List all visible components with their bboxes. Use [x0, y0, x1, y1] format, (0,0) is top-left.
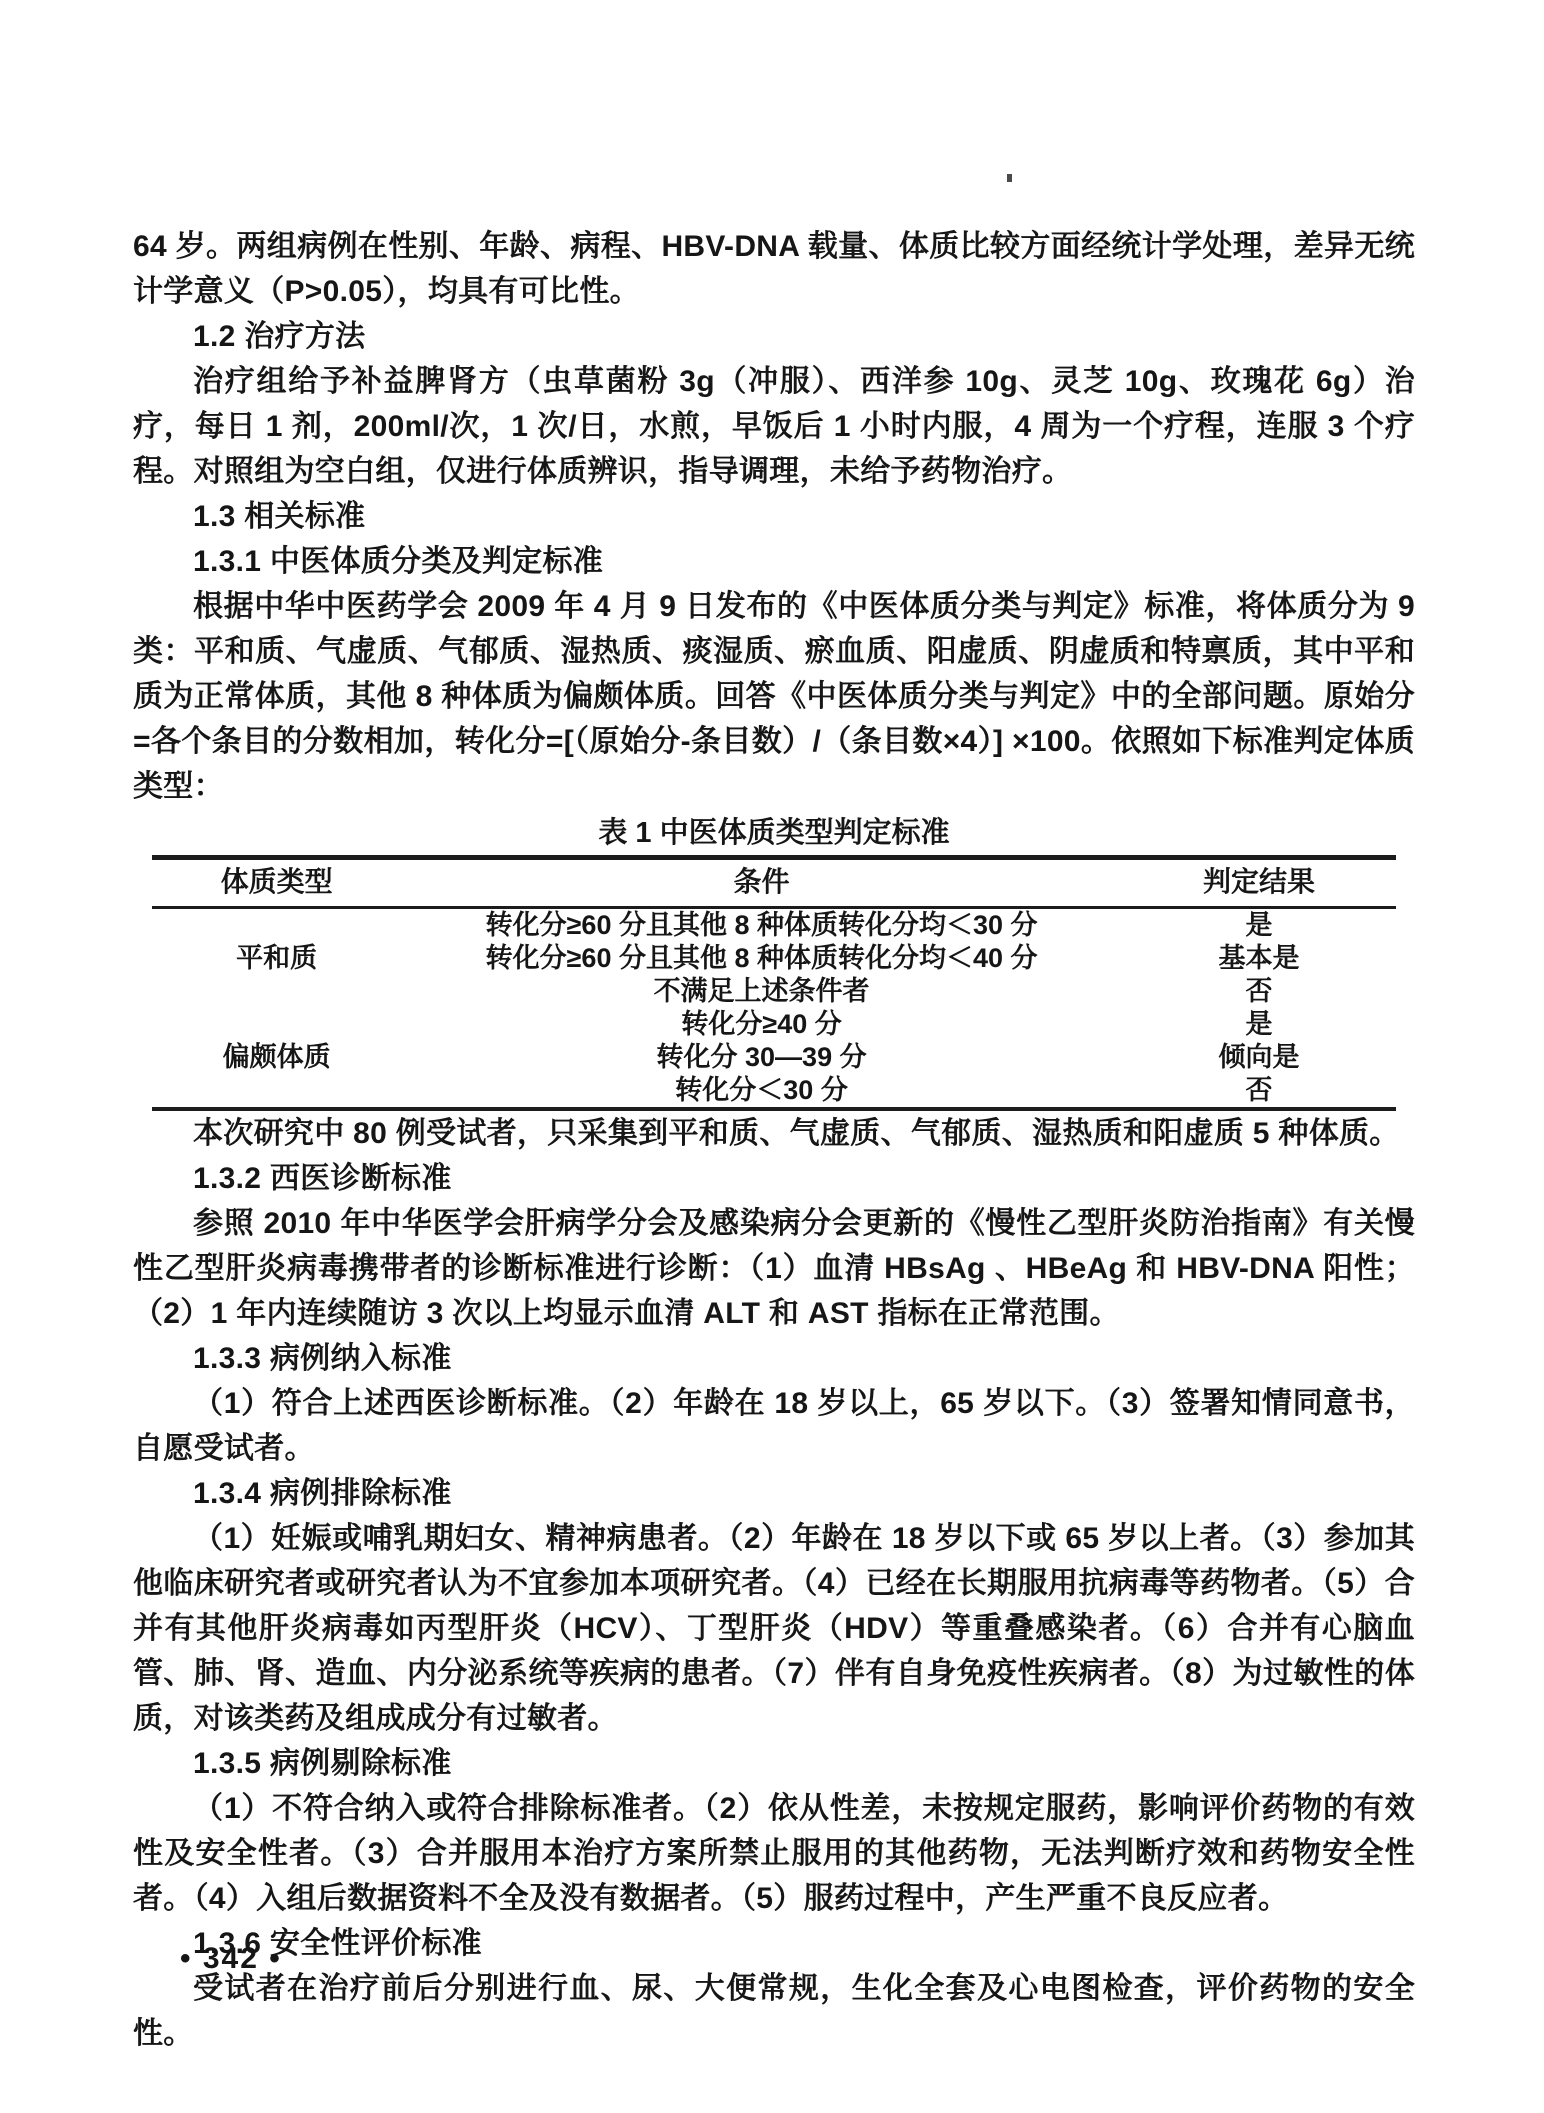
table-constitution-criteria: 体质类型 条件 判定结果 平和质 转化分≥60 分且其他 8 种体质转化分均＜3… [152, 855, 1396, 1111]
table-cell-condition: 不满足上述条件者 [401, 975, 1122, 1008]
paragraph-elimination-criteria: （1）不符合纳入或符合排除标准者。（2）依从性差，未按规定服药，影响评价药物的有… [133, 1786, 1415, 1921]
table-header-condition: 条件 [401, 858, 1122, 908]
paragraph-study-subjects: 本次研究中 80 例受试者，只采集到平和质、气虚质、气郁质、湿热质和阳虚质 5 … [133, 1111, 1415, 1156]
heading-1-3-4-exclusion-criteria: 1.3.4 病例排除标准 [133, 1471, 1415, 1516]
table-header-row: 体质类型 条件 判定结果 [152, 858, 1396, 908]
table-body: 平和质 转化分≥60 分且其他 8 种体质转化分均＜30 分 是 转化分≥60 … [152, 908, 1396, 1110]
paragraph-western-diagnosis: 参照 2010 年中华医学会肝病学分会及感染病分会更新的《慢性乙型肝炎防治指南》… [133, 1201, 1415, 1336]
heading-1-3-1-tcm-constitution-criteria: 1.3.1 中医体质分类及判定标准 [133, 539, 1415, 584]
heading-1-2-treatment-method: 1.2 治疗方法 [133, 314, 1415, 359]
table-cell-result: 否 [1122, 1074, 1396, 1109]
table-cell-type-pinghe: 平和质 [152, 908, 401, 1009]
article-body: 64 岁。两组病例在性别、年龄、病程、HBV-DNA 载量、体质比较方面经统计学… [133, 224, 1415, 2056]
scan-artifact-dot [1007, 174, 1012, 182]
heading-1-3-3-inclusion-criteria: 1.3.3 病例纳入标准 [133, 1336, 1415, 1381]
table-cell-condition: 转化分≥60 分且其他 8 种体质转化分均＜30 分 [401, 908, 1122, 943]
paragraph-inclusion-criteria: （1）符合上述西医诊断标准。（2）年龄在 18 岁以上，65 岁以下。（3）签署… [133, 1381, 1415, 1471]
paragraph-treatment-method: 治疗组给予补益脾肾方（虫草菌粉 3g（冲服）、西洋参 10g、灵芝 10g、玫瑰… [133, 359, 1415, 494]
table-cell-result: 是 [1122, 1008, 1396, 1041]
table-cell-condition: 转化分≥60 分且其他 8 种体质转化分均＜40 分 [401, 942, 1122, 975]
paragraph-exclusion-criteria: （1）妊娠或哺乳期妇女、精神病患者。（2）年龄在 18 岁以下或 65 岁以上者… [133, 1516, 1415, 1741]
document-page: 64 岁。两组病例在性别、年龄、病程、HBV-DNA 载量、体质比较方面经统计学… [0, 0, 1544, 2113]
heading-1-3-2-western-diagnosis: 1.3.2 西医诊断标准 [133, 1156, 1415, 1201]
table-cell-result: 否 [1122, 975, 1396, 1008]
table-cell-result: 基本是 [1122, 942, 1396, 975]
table-header-result: 判定结果 [1122, 858, 1396, 908]
table-cell-type-pianpo: 偏颇体质 [152, 1008, 401, 1109]
paragraph-constitution-classification: 根据中华中医药学会 2009 年 4 月 9 日发布的《中医体质分类与判定》标准… [133, 584, 1415, 809]
paragraph-intro-continuation: 64 岁。两组病例在性别、年龄、病程、HBV-DNA 载量、体质比较方面经统计学… [133, 224, 1415, 314]
table-cell-condition: 转化分＜30 分 [401, 1074, 1122, 1109]
table-row: 偏颇体质 转化分≥40 分 是 [152, 1008, 1396, 1041]
table-cell-result: 是 [1122, 908, 1396, 943]
paragraph-safety-evaluation: 受试者在治疗前后分别进行血、尿、大便常规，生化全套及心电图检查，评价药物的安全性… [133, 1966, 1415, 2056]
heading-1-3-5-elimination-criteria: 1.3.5 病例剔除标准 [133, 1741, 1415, 1786]
table-row: 平和质 转化分≥60 分且其他 8 种体质转化分均＜30 分 是 [152, 908, 1396, 943]
page-number: • 342 • [180, 1942, 282, 1976]
heading-1-3-related-standards: 1.3 相关标准 [133, 494, 1415, 539]
heading-1-3-6-safety-evaluation: 1.3.6 安全性评价标准 [133, 1921, 1415, 1966]
table-header-constitution-type: 体质类型 [152, 858, 401, 908]
table1-block: 表 1 中医体质类型判定标准 体质类型 条件 判定结果 平和质 转化分≥60 分… [133, 811, 1415, 1111]
table-head: 体质类型 条件 判定结果 [152, 858, 1396, 908]
table-cell-result: 倾向是 [1122, 1041, 1396, 1074]
table-cell-condition: 转化分≥40 分 [401, 1008, 1122, 1041]
table-cell-condition: 转化分 30—39 分 [401, 1041, 1122, 1074]
table1-caption: 表 1 中医体质类型判定标准 [133, 811, 1415, 855]
